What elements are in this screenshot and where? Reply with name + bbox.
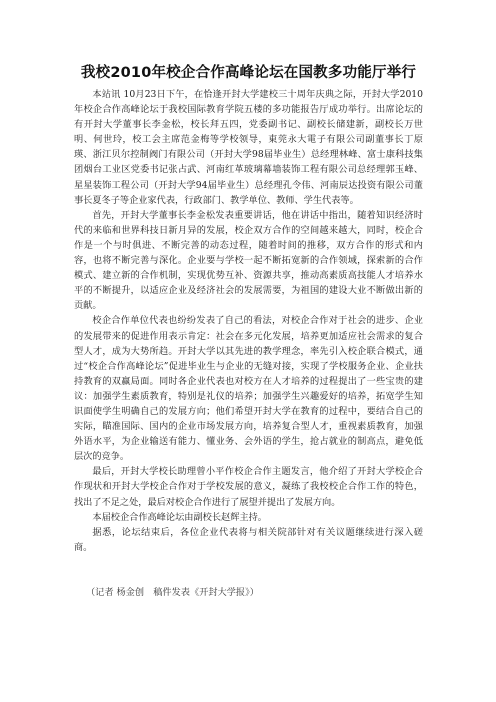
article-paragraph-followup: 据悉，论坛结束后，各位企业代表将与相关院部针对有关议题继续进行深入磋商。 bbox=[74, 525, 423, 555]
article-byline: （记者 杨金创 稿件发表《开封大学报》） bbox=[74, 585, 423, 600]
article-title: 我校2010年校企合作高峰论坛在国教多功能厅举行 bbox=[74, 62, 423, 84]
article-paragraph-chairman-speech: 首先，开封大学董事长李金松发表重要讲话，他在讲话中指出，随着知识经济时代的来临和… bbox=[74, 208, 423, 314]
document-page: 我校2010年校企合作高峰论坛在国教多功能厅举行 本站讯 10月23日下午，在恰… bbox=[74, 62, 423, 600]
article-paragraph-intro: 本站讯 10月23日下午，在恰逢开封大学建校三十周年庆典之际，开封大学2010年… bbox=[74, 87, 423, 208]
article-paragraph-enterprise-views: 校企合作单位代表也纷纷发表了自己的看法，对校企合作对于社会的进步、企业的发展带来… bbox=[74, 313, 423, 464]
article-paragraph-closing-speech: 最后，开封大学校长助理曾小平作校企合作主题发言，他介绍了开封大学校企合作现状和开… bbox=[74, 464, 423, 509]
article-paragraph-host: 本届校企合作高峰论坛由副校长赵辉主持。 bbox=[74, 510, 423, 525]
